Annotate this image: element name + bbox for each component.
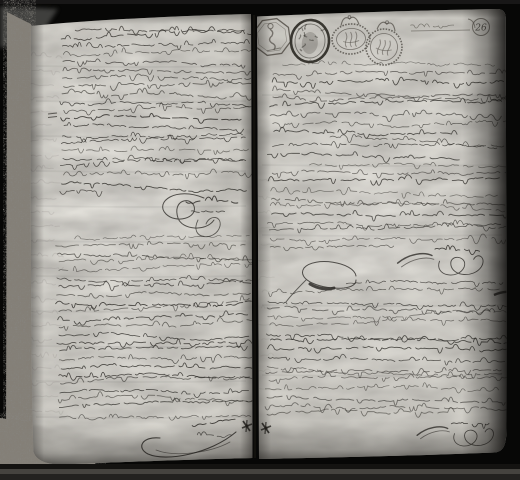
archival-scan-viewer: 26 [0,0,520,480]
left-page-mottle [28,10,256,468]
binding-edge-grain [6,12,33,452]
bottom-scan-band [0,464,520,480]
manuscript-scan: 26 [0,0,520,480]
page-gutter-line [254,15,255,458]
scan-top-glint [0,0,520,4]
